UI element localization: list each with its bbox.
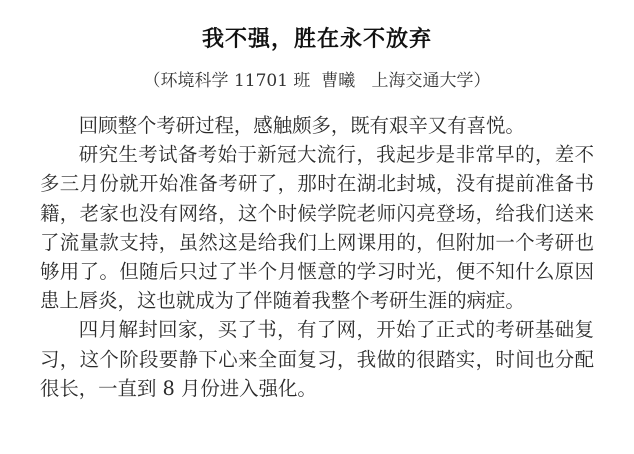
paragraph-preparation: 研究生考试备考始于新冠大流行，我起步是非常早的，差不多三月份就开始准备考研了，那… xyxy=(40,140,594,315)
author-info: （环境科学 11701 班 曹曦 上海交通大学） xyxy=(0,66,634,91)
document-page: 我不强，胜在永不放弃 （环境科学 11701 班 曹曦 上海交通大学） 回顾整个… xyxy=(0,0,634,454)
paragraph-intro: 回顾整个考研过程，感触颇多，既有艰辛又有喜悦。 xyxy=(40,111,594,140)
article-title: 我不强，胜在永不放弃 xyxy=(0,22,634,53)
paragraph-review: 四月解封回家，买了书，有了网，开始了正式的考研基础复习，这个阶段要静下心来全面复… xyxy=(40,315,594,403)
article-body: 回顾整个考研过程，感触颇多，既有艰辛又有喜悦。 研究生考试备考始于新冠大流行，我… xyxy=(40,111,594,403)
